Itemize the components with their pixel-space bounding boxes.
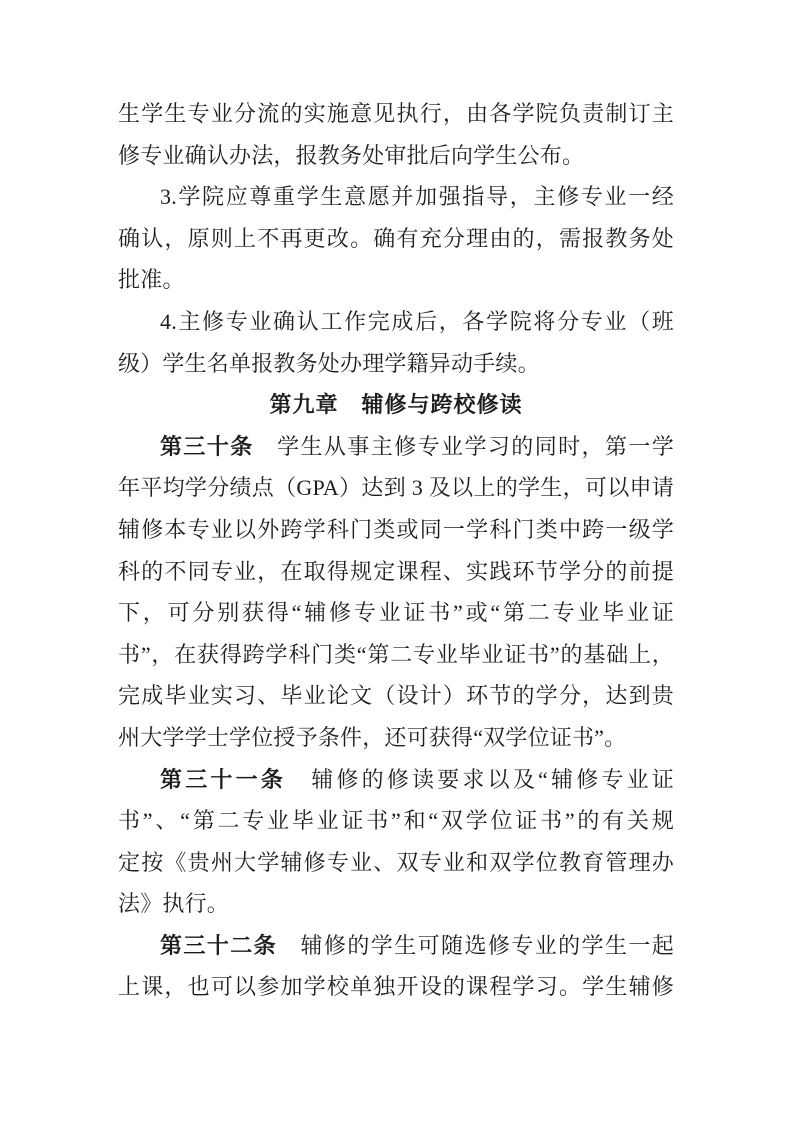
text-line: 完成毕业实习、毕业论文（设计）环节的学分，达到贵	[118, 675, 674, 717]
text-line: 第三十二条 辅修的学生可随选修专业的学生一起	[118, 925, 674, 967]
chapter-heading: 第九章 辅修与跨校修读	[118, 384, 674, 426]
text-line: 生学生专业分流的实施意见执行，由各学院负责制订主	[118, 93, 674, 135]
text-line: 书”、“第二专业毕业证书”和“双学位证书”的有关规	[118, 800, 674, 842]
document-page: 生学生专业分流的实施意见执行，由各学院负责制订主修专业确认办法，报教务处审批后向…	[0, 0, 794, 1123]
text-line: 4.主修专业确认工作完成后，各学院将分专业（班	[118, 301, 674, 343]
article-number: 第三十一条	[160, 767, 286, 792]
text-line: 修专业确认办法，报教务处审批后向学生公布。	[118, 135, 674, 177]
document-content: 生学生专业分流的实施意见执行，由各学院负责制订主修专业确认办法，报教务处审批后向…	[118, 93, 674, 1008]
text-line: 州大学学士学位授予条件，还可获得“双学位证书”。	[118, 717, 674, 759]
text-line: 第三十条 学生从事主修专业学习的同时，第一学	[118, 426, 674, 468]
text-line: 确认，原则上不再更改。确有充分理由的，需报教务处	[118, 218, 674, 260]
text-line: 科的不同专业，在取得规定课程、实践环节学分的前提	[118, 551, 674, 593]
text-line: 下，可分别获得“辅修专业证书”或“第二专业毕业证	[118, 592, 674, 634]
text-line: 法》执行。	[118, 883, 674, 925]
text-line: 辅修本专业以外跨学科门类或同一学科门类中跨一级学	[118, 509, 674, 551]
text-line: 书”，在获得跨学科门类“第二专业毕业证书”的基础上，	[118, 634, 674, 676]
text-line: 第三十一条 辅修的修读要求以及“辅修专业证	[118, 759, 674, 801]
text-line: 批准。	[118, 259, 674, 301]
text-line: 级）学生名单报教务处办理学籍异动手续。	[118, 343, 674, 385]
article-number: 第三十二条	[160, 933, 277, 958]
text-line: 定按《贵州大学辅修专业、双专业和双学位教育管理办	[118, 842, 674, 884]
text-line: 年平均学分绩点（GPA）达到 3 及以上的学生，可以申请	[118, 467, 674, 509]
text-line: 上课，也可以参加学校单独开设的课程学习。学生辅修	[118, 966, 674, 1008]
text-line: 3.学院应尊重学生意愿并加强指导，主修专业一经	[118, 176, 674, 218]
article-number: 第三十条	[160, 434, 254, 459]
